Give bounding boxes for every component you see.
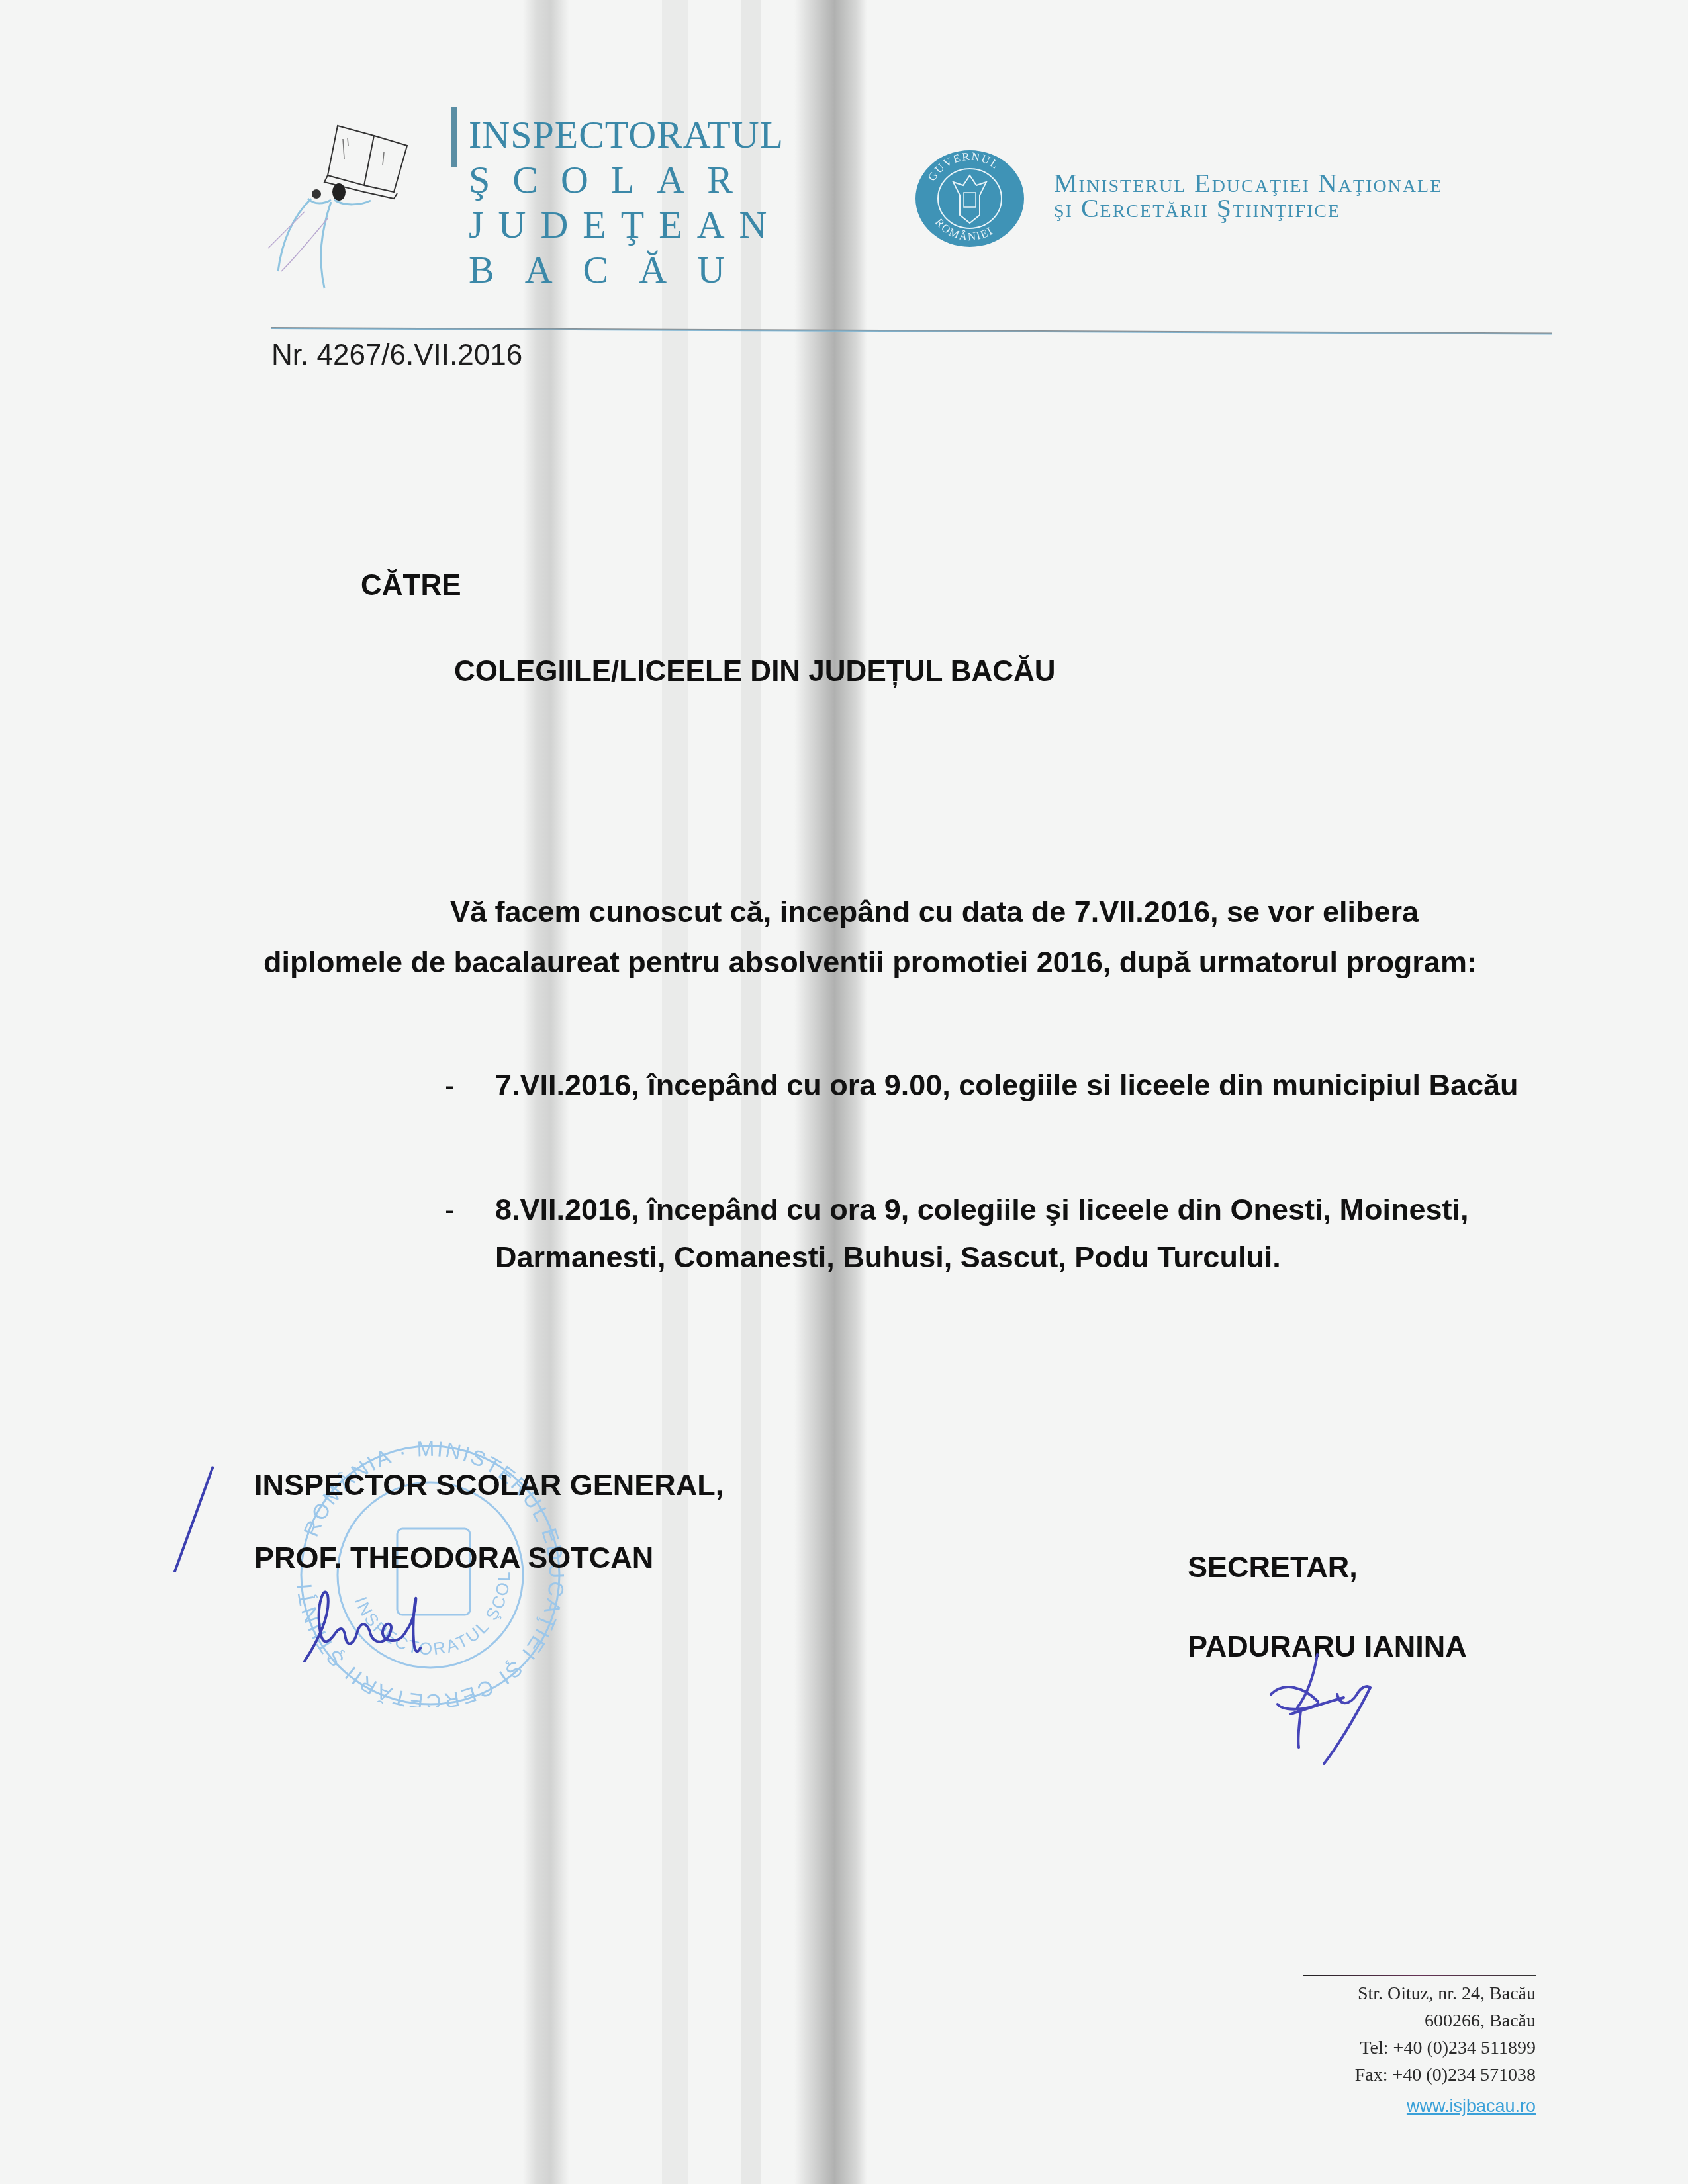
addressee-label: CĂTRE bbox=[361, 569, 461, 602]
isj-book-logo-icon bbox=[265, 106, 450, 291]
handwritten-signature-icon bbox=[1258, 1648, 1417, 1767]
signatory-title-right: SECRETAR, bbox=[1188, 1550, 1358, 1584]
footer-fax: Fax: +40 (0)234 571038 bbox=[1258, 2062, 1536, 2089]
bullet-dash: - bbox=[445, 1186, 455, 1234]
footer-address: Str. Oituz, nr. 24, Bacău bbox=[1258, 1980, 1536, 2007]
isj-wordmark: INSPECTORATUL ŞCOLAR JUDEŢEAN BACĂU bbox=[469, 113, 784, 293]
contact-footer: Str. Oituz, nr. 24, Bacău 600266, Bacău … bbox=[1258, 1980, 1536, 2120]
signatory-title-left: INSPECTOR SCOLAR GENERAL, bbox=[254, 1468, 724, 1502]
ministry-line-1: Ministerul Educaţiei Naţionale bbox=[1054, 171, 1442, 196]
header-divider bbox=[271, 327, 1552, 334]
footer-postal: 600266, Bacău bbox=[1258, 2007, 1536, 2034]
schedule-item: - 7.VII.2016, începând cu ora 9.00, cole… bbox=[445, 1062, 1570, 1109]
signature-stroke bbox=[173, 1466, 214, 1572]
website-link[interactable]: www.isjbacau.ro bbox=[1258, 2093, 1536, 2120]
reference-number: Nr. 4267/6.VII.2016 bbox=[271, 339, 522, 372]
isj-line-2: ŞCOLAR bbox=[469, 158, 784, 203]
isj-line-1: INSPECTORATUL bbox=[469, 113, 784, 158]
bullet-dash: - bbox=[445, 1062, 455, 1109]
schedule-item-text: 7.VII.2016, începând cu ora 9.00, colegi… bbox=[495, 1062, 1570, 1109]
schedule-item-text: 8.VII.2016, începând cu ora 9, colegiile… bbox=[495, 1186, 1570, 1281]
isj-logo-bar bbox=[451, 107, 457, 167]
body-paragraph: Vă facem cunoscut că, incepând cu data d… bbox=[263, 887, 1508, 987]
government-seal-icon: GUVERNUL ROMÂNIEI bbox=[914, 149, 1026, 248]
ministry-line-2: şi Cercetării Ştiinţifice bbox=[1054, 196, 1442, 221]
isj-line-4: BACĂU bbox=[469, 248, 784, 293]
handwritten-signature-icon bbox=[298, 1582, 470, 1674]
signatory-name-left: PROF. THEODORA SOTCAN bbox=[254, 1541, 653, 1575]
footer-divider bbox=[1303, 1975, 1536, 1976]
ministry-name: Ministerul Educaţiei Naţionale şi Cercet… bbox=[1054, 171, 1442, 221]
schedule-item: - 8.VII.2016, începând cu ora 9, colegii… bbox=[445, 1186, 1570, 1281]
footer-tel: Tel: +40 (0)234 511899 bbox=[1258, 2034, 1536, 2062]
isj-line-3: JUDEŢEAN bbox=[469, 203, 784, 248]
addressee: COLEGIILE/LICEELE DIN JUDEȚUL BACĂU bbox=[454, 655, 1056, 688]
